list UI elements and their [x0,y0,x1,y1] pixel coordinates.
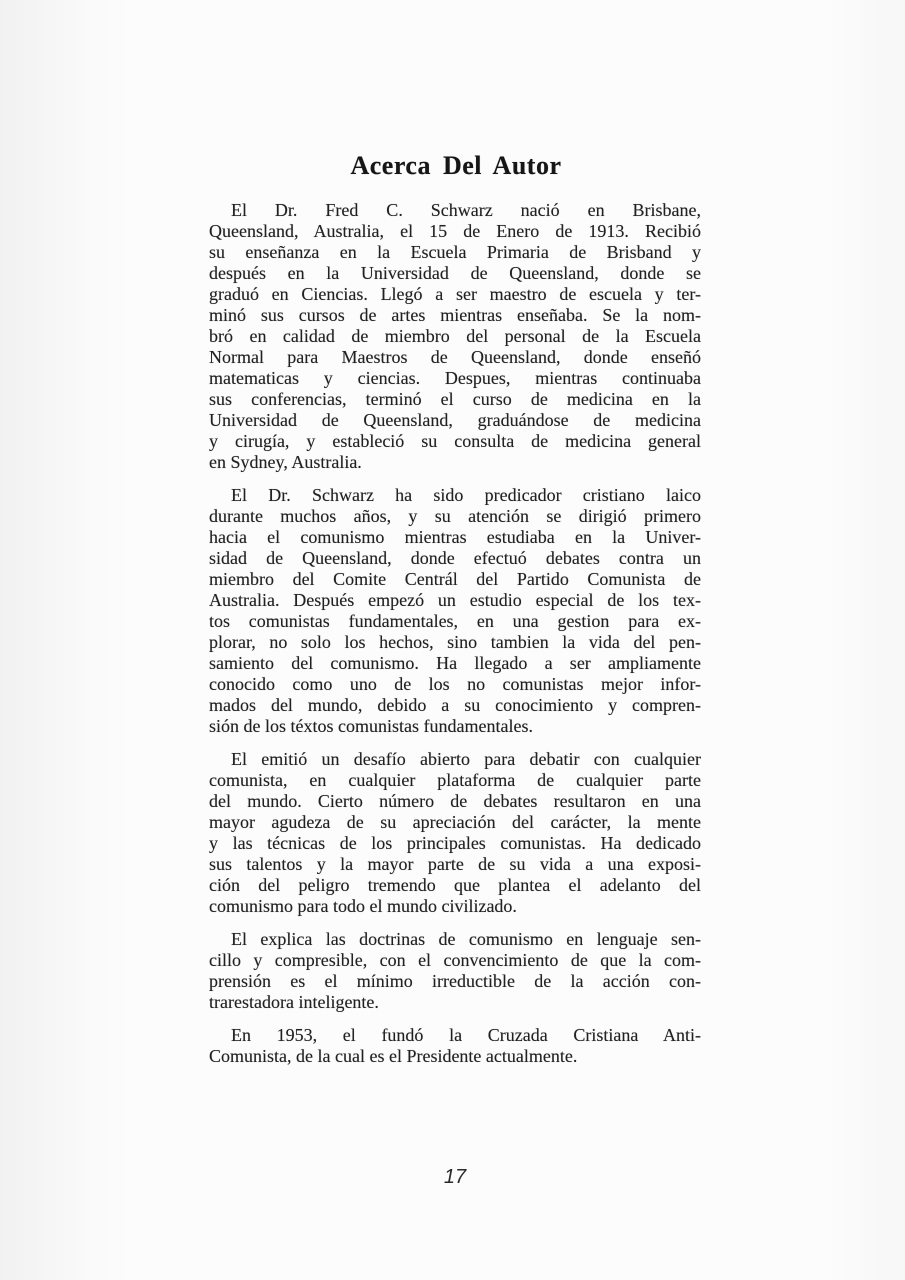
text-line: Normal para Maestros de Queensland, dond… [209,347,701,368]
paragraph: El emitió un desafío abierto para debati… [209,749,701,917]
text-line: Universidad de Queensland, graduándose d… [209,410,701,431]
text-line: Australia. Después empezó un estudio esp… [209,590,701,611]
text-line: plorar, no solo los hechos, sino tambien… [209,632,701,653]
text-line: hacia el comunismo mientras estudiaba en… [209,527,701,548]
text-line: bró en calidad de miembro del personal d… [209,326,701,347]
text-line: minó sus cursos de artes mientras enseña… [209,305,701,326]
text-line: trarestadora inteligente. [209,992,701,1013]
text-line: después en la Universidad de Queensland,… [209,263,701,284]
text-line: durante muchos años, y su atención se di… [209,506,701,527]
text-line: Comunista, de la cual es el Presidente a… [209,1046,701,1067]
text-line: conocido como uno de los no comunistas m… [209,674,701,695]
text-line: El emitió un desafío abierto para debati… [209,749,701,770]
text-line: Queensland, Australia, el 15 de Enero de… [209,221,701,242]
paragraph: El Dr. Fred C. Schwarz nació en Brisbane… [209,200,701,473]
text-line: en Sydney, Australia. [209,452,701,473]
text-line: sus conferencias, terminó el curso de me… [209,389,701,410]
text-line: mados del mundo, debido a su conocimient… [209,695,701,716]
text-line: miembro del Comite Centrál del Partido C… [209,569,701,590]
paragraph: En 1953, el fundó la Cruzada Cristiana A… [209,1025,701,1067]
text-line: El explica las doctrinas de comunismo en… [209,929,701,950]
text-line: tos comunistas fundamentales, en una ges… [209,611,701,632]
text-line: El Dr. Schwarz ha sido predicador cristi… [209,485,701,506]
text-line: samiento del comunismo. Ha llegado a ser… [209,653,701,674]
text-line: cillo y compresible, con el convencimien… [209,950,701,971]
text-line: comunismo para todo el mundo civilizado. [209,896,701,917]
text-line: sión de los téxtos comunistas fundamenta… [209,716,701,737]
text-line: mayor agudeza de su apreciación del cará… [209,812,701,833]
paragraph: El Dr. Schwarz ha sido predicador cristi… [209,485,701,737]
paragraph: El explica las doctrinas de comunismo en… [209,929,701,1013]
text-line: comunista, en cualquier plataforma de cu… [209,770,701,791]
page-number: 17 [209,1166,701,1189]
book-page: Acerca Del Autor El Dr. Fred C. Schwarz … [0,0,905,1280]
text-line: su enseñanza en la Escuela Primaria de B… [209,242,701,263]
text-line: prensión es el mínimo irreductible de la… [209,971,701,992]
text-line: y cirugía, y estableció su consulta de m… [209,431,701,452]
text-line: del mundo. Cierto número de debates resu… [209,791,701,812]
text-line: y las técnicas de los principales comuni… [209,833,701,854]
text-line: El Dr. Fred C. Schwarz nació en Brisbane… [209,200,701,221]
text-line: sus talentos y la mayor parte de su vida… [209,854,701,875]
body-text: El Dr. Fred C. Schwarz nació en Brisbane… [209,200,701,1067]
text-line: sidad de Queensland, donde efectuó debat… [209,548,701,569]
text-line: graduó en Ciencias. Llegó a ser maestro … [209,284,701,305]
text-line: ción del peligro tremendo que plantea el… [209,875,701,896]
text-line: En 1953, el fundó la Cruzada Cristiana A… [209,1025,701,1046]
text-line: matematicas y ciencias. Despues, mientra… [209,368,701,389]
page-title: Acerca Del Autor [210,150,702,182]
